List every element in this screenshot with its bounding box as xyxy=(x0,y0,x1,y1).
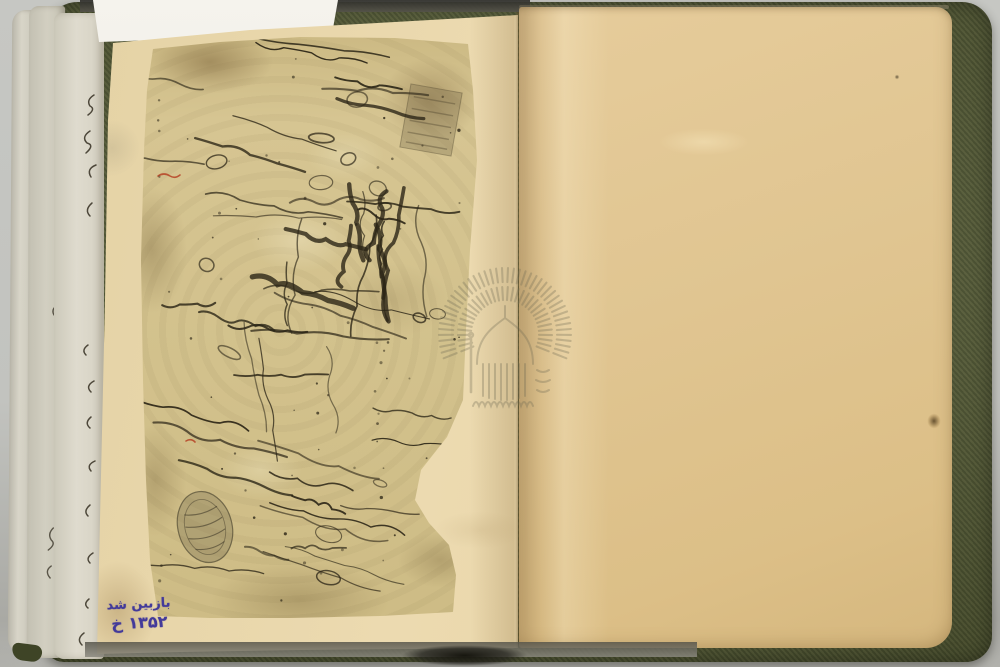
underpage-writing-sliver xyxy=(54,13,104,659)
bottom-page-edge-shadow xyxy=(85,642,697,657)
arcade-band xyxy=(473,402,533,406)
page-edges-stack-inner xyxy=(54,13,104,659)
red-ink-marks xyxy=(158,174,195,442)
bottom-dark-gap xyxy=(402,645,527,666)
library-dome-emblem-watermark xyxy=(417,244,597,424)
review-stamp: بازبین شد ۱۳۵۲ خ xyxy=(83,595,194,636)
cover-corner-bottom-left xyxy=(11,642,43,663)
emblem-text-lines xyxy=(536,370,550,392)
dome-outline xyxy=(477,318,533,364)
manuscript-photograph: بازبین شد ۱۳۵۲ خ xyxy=(0,0,1000,667)
square-seal-impression xyxy=(400,84,462,156)
oval-seal-impression xyxy=(170,485,241,569)
